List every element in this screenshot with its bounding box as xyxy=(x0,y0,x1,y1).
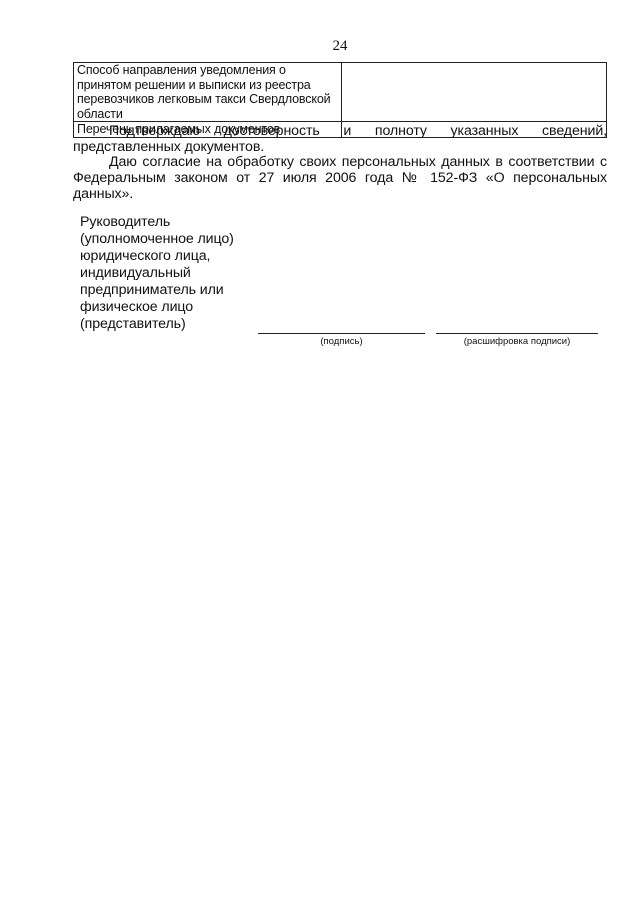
signature-decoding-caption: (расшифровка подписи) xyxy=(436,336,598,347)
page-number: 24 xyxy=(0,37,640,55)
signatory-line: физическое лицо xyxy=(80,299,260,316)
personal-data-consent-paragraph: Даю согласие на обработку своих персонал… xyxy=(73,155,607,202)
signatory-line: (уполномоченное лицо) xyxy=(80,231,260,248)
notification-method-field[interactable] xyxy=(342,63,607,122)
signatory-line: индивидуальный xyxy=(80,265,260,282)
signature-decoding-line[interactable] xyxy=(436,333,598,334)
signatory-label: Руководитель (уполномоченное лицо) юриди… xyxy=(80,214,260,333)
signatory-line: (представитель) xyxy=(80,316,260,333)
declarations: Подтверждаю достоверность и полноту указ… xyxy=(73,124,607,203)
signature-caption: (подпись) xyxy=(258,336,425,347)
table-cell-label: Способ направления уведомления о принято… xyxy=(74,63,342,122)
table-row-notification-method: Способ направления уведомления о принято… xyxy=(74,63,607,122)
signature-line[interactable] xyxy=(258,333,425,334)
signatory-line: предприниматель или xyxy=(80,282,260,299)
signatory-line: Руководитель xyxy=(80,214,260,231)
signatory-line: юридического лица, xyxy=(80,248,260,265)
accuracy-confirmation-paragraph: Подтверждаю достоверность и полноту указ… xyxy=(73,124,607,155)
